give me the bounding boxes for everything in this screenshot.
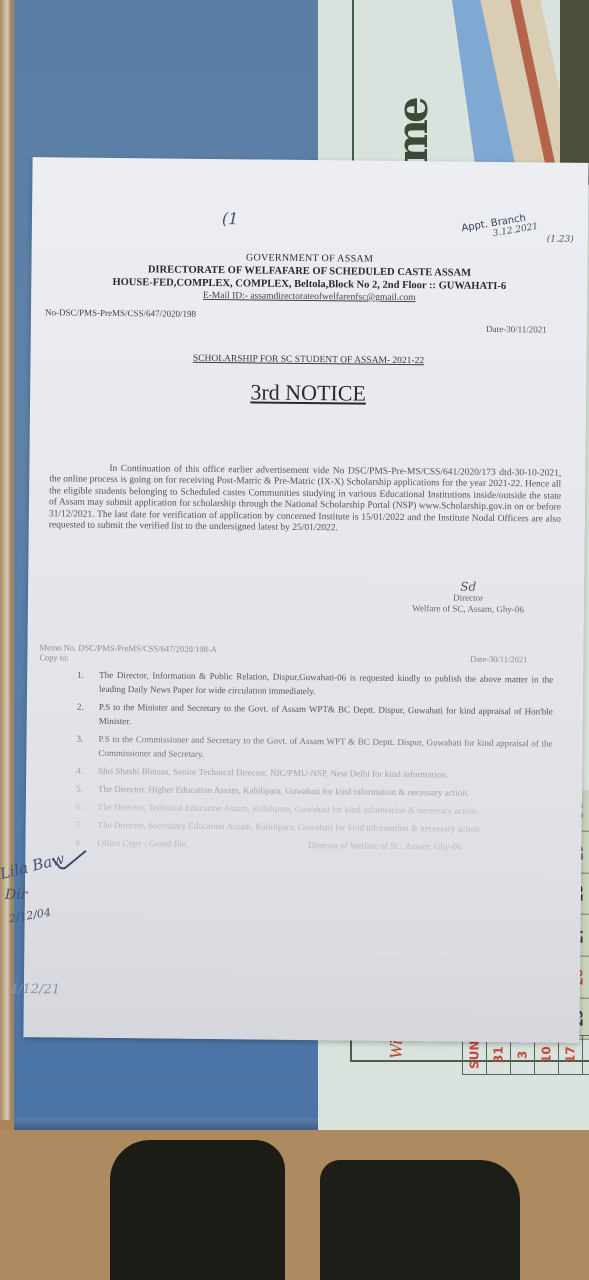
list-item: 5.The Director, Higher Education Assam, … <box>76 782 552 801</box>
notice-date: Date-30/11/2021 <box>486 324 547 335</box>
list-number: 2. <box>77 700 84 714</box>
list-number: 4. <box>76 764 83 778</box>
list-item: 2.P.S to the Minister and Secretary to t… <box>77 700 553 733</box>
list-number: 3. <box>76 732 83 746</box>
memo-date: Date-30/11/2021 <box>470 654 527 665</box>
shoe-left <box>110 1140 285 1280</box>
list-text: The Director, Information & Public Relat… <box>99 670 553 696</box>
shoe-right <box>320 1160 520 1280</box>
signatory-office: Welfare of SC, Assam, Ghy-06 <box>412 603 524 615</box>
list-text: P.S to the Minister and Secretary to the… <box>99 702 553 726</box>
list-text: Shri Shashi Bhusan, Senior Technical Dir… <box>98 766 448 780</box>
list-item: 8.Office Copy / Guard file.Director of W… <box>75 836 551 855</box>
notice-subject: SCHOLARSHIP FOR SC STUDENT OF ASSAM- 202… <box>30 352 586 368</box>
photo-scene: ume 30 29 28 27 26 25 Wit SUN 31 3 10 17… <box>0 0 589 1280</box>
list-text: The Director, Technical Education Assam,… <box>98 802 479 816</box>
copy-to-label: Copy to: <box>39 652 216 664</box>
memo-block: Memo No. DSC/PMS-PreMS/CSS/647/2020/198-… <box>39 642 217 664</box>
notice-body: In Continuation of this office earlier a… <box>49 463 562 537</box>
handwritten-margin-note: 4/12/21 <box>10 982 60 998</box>
list-item: 1.The Director, Information & Public Rel… <box>77 668 553 701</box>
wooden-frame <box>0 0 12 1120</box>
list-number: 7. <box>76 818 83 832</box>
copy-to-signatory: Director of Welfare of SC, Assam, Ghy-06 <box>308 840 462 852</box>
signature-block: Sd Director Welfare of SC, Assam, Ghy-06 <box>412 581 524 615</box>
handwritten-circle-note: (1.23) <box>547 235 574 245</box>
handwritten-top-mark: (1 <box>222 209 239 228</box>
list-text: Office Copy / Guard file. <box>97 838 188 849</box>
handwritten-margin-note: Dir <box>5 887 28 903</box>
list-number: 6. <box>76 800 83 814</box>
list-item: 3.P.S to the Commissioner and Secretary … <box>76 732 552 765</box>
poster-divider <box>352 0 354 180</box>
calendar-date: 24 <box>582 1035 589 1075</box>
list-item: 6.The Director, Technical Education Assa… <box>76 800 552 819</box>
list-text: The Director, Higher Education Assam, Ka… <box>98 784 469 798</box>
poster-image-window <box>560 0 589 185</box>
reference-number: No-DSC/PMS-PreMS/CSS/647/2020/198 <box>45 307 196 319</box>
copy-to-list: 1.The Director, Information & Public Rel… <box>75 668 553 859</box>
list-item: 7.The Director, Secondary Education Assa… <box>76 818 552 837</box>
list-item: 4.Shri Shashi Bhusan, Senior Technical D… <box>76 764 552 783</box>
notice-title: 3rd NOTICE <box>30 377 586 409</box>
list-number: 5. <box>76 782 83 796</box>
notice-paper: (1 Appt. Branch 3.12.2021 (1.23) GOVERNM… <box>23 157 588 1043</box>
list-text: The Director, Secondary Education Assam,… <box>98 820 482 834</box>
list-text: P.S to the Commissioner and Secretary to… <box>98 734 552 759</box>
list-number: 1. <box>77 668 84 682</box>
letterhead: GOVERNMENT OF ASSAM DIRECTORATE OF WELFA… <box>31 249 588 307</box>
appt-branch-stamp: Appt. Branch 3.12.2021 <box>461 211 539 244</box>
